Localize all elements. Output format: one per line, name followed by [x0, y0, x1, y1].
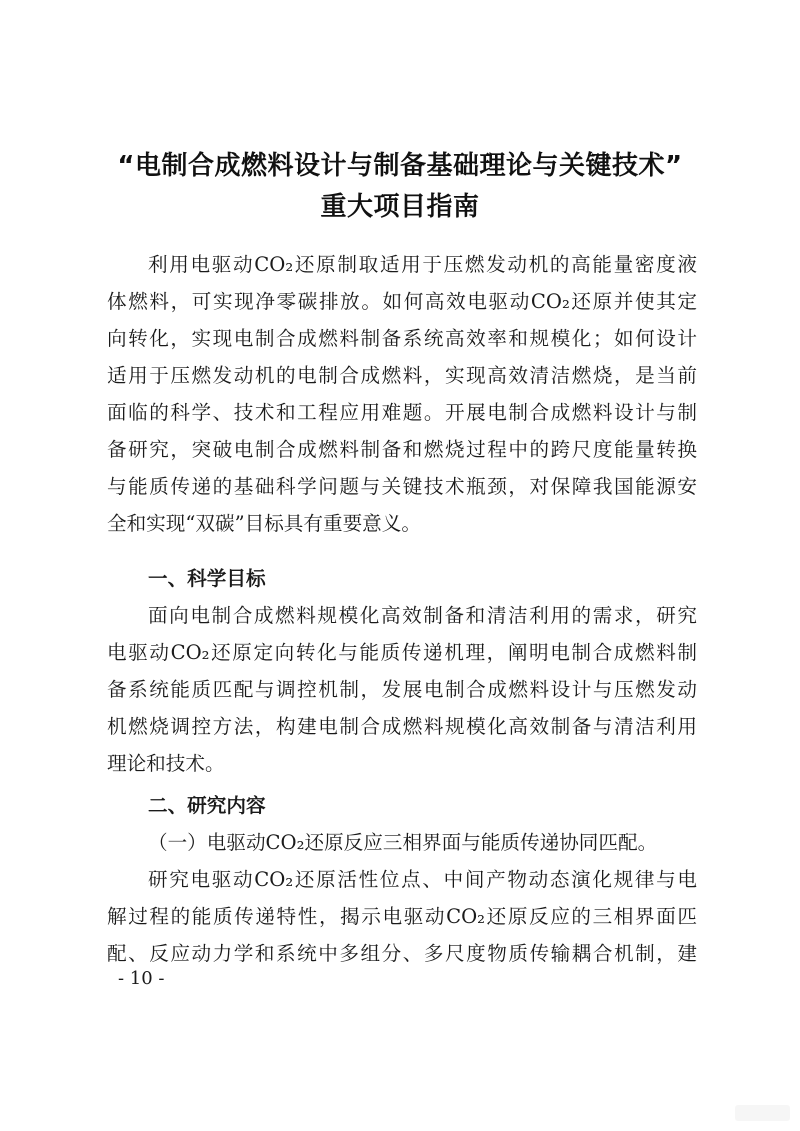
- section-heading-goals: 一、科学目标: [148, 565, 266, 593]
- goals-line: 理论和技术。: [107, 750, 697, 778]
- subsection-line: 配、反应动力学和系统中多组分、多尺度物质传输耦合机制，建: [107, 940, 697, 968]
- intro-line: 备研究，突破电制合成燃料制备和燃烧过程中的跨尺度能量转换: [107, 436, 697, 464]
- subsection-line: 研究电驱动CO₂还原活性位点、中间产物动态演化规律与电: [148, 866, 697, 894]
- subsection-line: 解过程的能质传递特性，揭示电驱动CO₂还原反应的三相界面匹: [107, 903, 697, 931]
- subsection-heading: （一）电驱动CO₂还原反应三相界面与能质传递协同匹配。: [148, 829, 697, 857]
- intro-line: 面临的科学、技术和工程应用难题。开展电制合成燃料设计与制: [107, 399, 697, 427]
- intro-line: 体燃料，可实现净零碳排放。如何高效电驱动CO₂还原并使其定: [107, 288, 697, 316]
- intro-line: 向转化，实现电制合成燃料制备系统高效率和规模化；如何设计: [107, 325, 697, 353]
- goals-line: 电驱动CO₂还原定向转化与能质传递机理，阐明电制合成燃料制: [107, 639, 697, 667]
- intro-line: 利用电驱动CO₂还原制取适用于压燃发动机的高能量密度液: [148, 251, 697, 279]
- intro-line: 全和实现“双碳”目标具有重要意义。: [107, 510, 697, 538]
- watermark-logo-icon: [735, 1105, 790, 1121]
- document-title-line2: 重大项目指南: [0, 186, 800, 223]
- page-number: - 10 -: [118, 968, 165, 989]
- section-heading-content: 二、研究内容: [148, 792, 266, 820]
- goals-line: 面向电制合成燃料规模化高效制备和清洁利用的需求，研究: [148, 602, 697, 630]
- goals-line: 机燃烧调控方法，构建电制合成燃料规模化高效制备与清洁利用: [107, 713, 697, 741]
- goals-line: 备系统能质匹配与调控机制，发展电制合成燃料设计与压燃发动: [107, 676, 697, 704]
- document-title-line1: “电制合成燃料设计与制备基础理论与关键技术”: [0, 145, 800, 182]
- intro-line: 适用于压燃发动机的电制合成燃料，实现高效清洁燃烧，是当前: [107, 362, 697, 390]
- intro-line: 与能质传递的基础科学问题与关键技术瓶颈，对保障我国能源安: [107, 473, 697, 501]
